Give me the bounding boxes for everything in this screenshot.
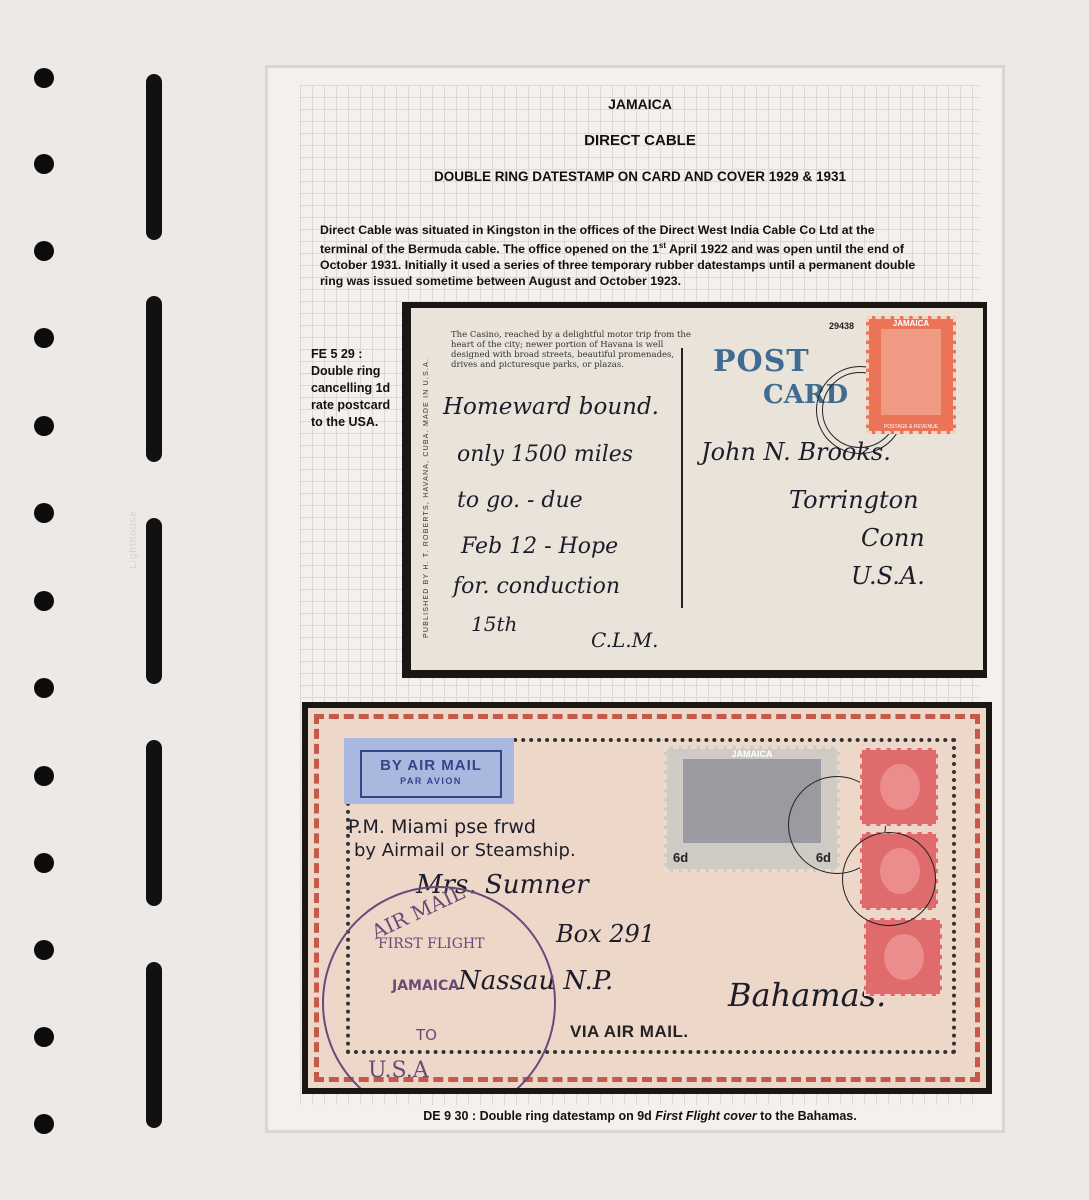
binder-hole	[34, 328, 54, 348]
page-heading: DOUBLE RING DATESTAMP ON CARD AND COVER …	[300, 169, 980, 184]
binder-hole	[34, 678, 54, 698]
post-word: POST	[713, 344, 810, 379]
via-air-mail: VIA AIR MAIL.	[570, 1022, 689, 1042]
binder-hole	[34, 766, 54, 786]
binder-hole	[34, 1027, 54, 1047]
stamp-value: 6d	[673, 850, 688, 865]
intro-sup: st	[659, 241, 666, 250]
intro-text: April 1922 and was open until the end of	[666, 242, 904, 256]
message-line: only 1500 miles	[457, 442, 633, 467]
cachet-line: TO	[416, 1026, 437, 1044]
stamp-1d: JAMAICA POSTAGE & REVENUE	[866, 316, 956, 434]
binder-hole	[34, 591, 54, 611]
intro-line: Direct Cable was situated in Kingston in…	[320, 222, 965, 238]
caption-text: to the Bahamas.	[757, 1109, 857, 1123]
intro-line: October 1931. Initially it used a series…	[320, 257, 965, 273]
binder-slot	[146, 296, 162, 462]
stamp-inscription: POSTAGE & REVENUE	[869, 424, 953, 430]
cover-caption: DE 9 30 : Double ring datestamp on 9d Fi…	[300, 1109, 980, 1123]
intro-paragraph: Direct Cable was situated in Kingston in…	[320, 222, 965, 289]
message-line: for. conduction	[453, 574, 620, 599]
intro-text: terminal of the Bermuda cable. The offic…	[320, 242, 659, 256]
watermark-text: Lighthouse	[128, 510, 139, 569]
postcard-number: 29438	[829, 321, 854, 331]
message-line: 15th	[471, 612, 517, 636]
caption-date: DE 9 30 :	[423, 1109, 476, 1123]
postcard-printed-caption: The Casino, reached by a delightful moto…	[451, 330, 701, 370]
stamp-1d	[864, 918, 942, 996]
intro-line: terminal of the Bermuda cable. The offic…	[320, 238, 965, 257]
message-line: to go. - due	[457, 488, 583, 513]
airmail-label-line: BY AIR MAIL	[362, 757, 500, 774]
cachet-line: JAMAICA	[392, 978, 459, 994]
cachet-bottom: U.S.A	[368, 1058, 429, 1083]
intro-line: ring was issued sometime between August …	[320, 273, 965, 289]
address-line: U.S.A.	[851, 562, 925, 590]
binder-hole	[34, 1114, 54, 1134]
note-line: rate postcard	[311, 397, 401, 414]
binder-hole	[34, 154, 54, 174]
airmail-label-line: PAR AVION	[362, 776, 500, 786]
binder-slot	[146, 518, 162, 684]
binder-slot	[146, 740, 162, 906]
airmail-cover: BY AIR MAIL PAR AVION P.M. Miami pse frw…	[308, 708, 986, 1088]
postcard-note: FE 5 29 : Double ring cancelling 1d rate…	[311, 346, 401, 431]
instruction-line: P.M. Miami pse frwd	[348, 816, 536, 838]
binder-hole	[34, 940, 54, 960]
note-line: to the USA.	[311, 414, 401, 431]
cover-address-line: Bahamas.	[728, 976, 886, 1014]
note-line: Double ring	[311, 363, 401, 380]
note-line: cancelling 1d	[311, 380, 401, 397]
address-line: Torrington	[789, 486, 919, 514]
cachet-line: FIRST FLIGHT	[378, 936, 484, 952]
postmark-ring	[842, 832, 936, 926]
binder-slot	[146, 962, 162, 1128]
address-line: Conn	[861, 524, 925, 552]
stamp-country: JAMAICA	[667, 749, 837, 759]
postcard: PUBLISHED BY H. T. ROBERTS, HAVANA, CUBA…	[411, 308, 983, 670]
postcard-divider	[681, 348, 683, 608]
note-date: FE 5 29 :	[311, 346, 401, 363]
binder-hole	[34, 503, 54, 523]
message-line: Homeward bound.	[443, 394, 659, 420]
caption-text: Double ring datestamp on 9d	[480, 1109, 656, 1123]
message-line: Feb 12 - Hope	[461, 534, 618, 559]
binder-hole	[34, 853, 54, 873]
page-subtitle: DIRECT CABLE	[300, 132, 980, 149]
binder-hole	[34, 416, 54, 436]
caption-italic: First Flight cover	[655, 1109, 756, 1123]
binder-hole	[34, 68, 54, 88]
stamp-1d	[860, 748, 938, 826]
message-signature: C.L.M.	[591, 628, 658, 652]
instruction-line: by Airmail or Steamship.	[354, 840, 576, 861]
stamp-country: JAMAICA	[869, 319, 953, 328]
publisher-imprint: PUBLISHED BY H. T. ROBERTS, HAVANA, CUBA…	[423, 338, 430, 658]
binder-hole	[34, 241, 54, 261]
page-title: JAMAICA	[300, 96, 980, 112]
cover-address-line: Box 291	[556, 920, 655, 948]
airmail-label: BY AIR MAIL PAR AVION	[344, 738, 514, 804]
binder-slot	[146, 74, 162, 240]
